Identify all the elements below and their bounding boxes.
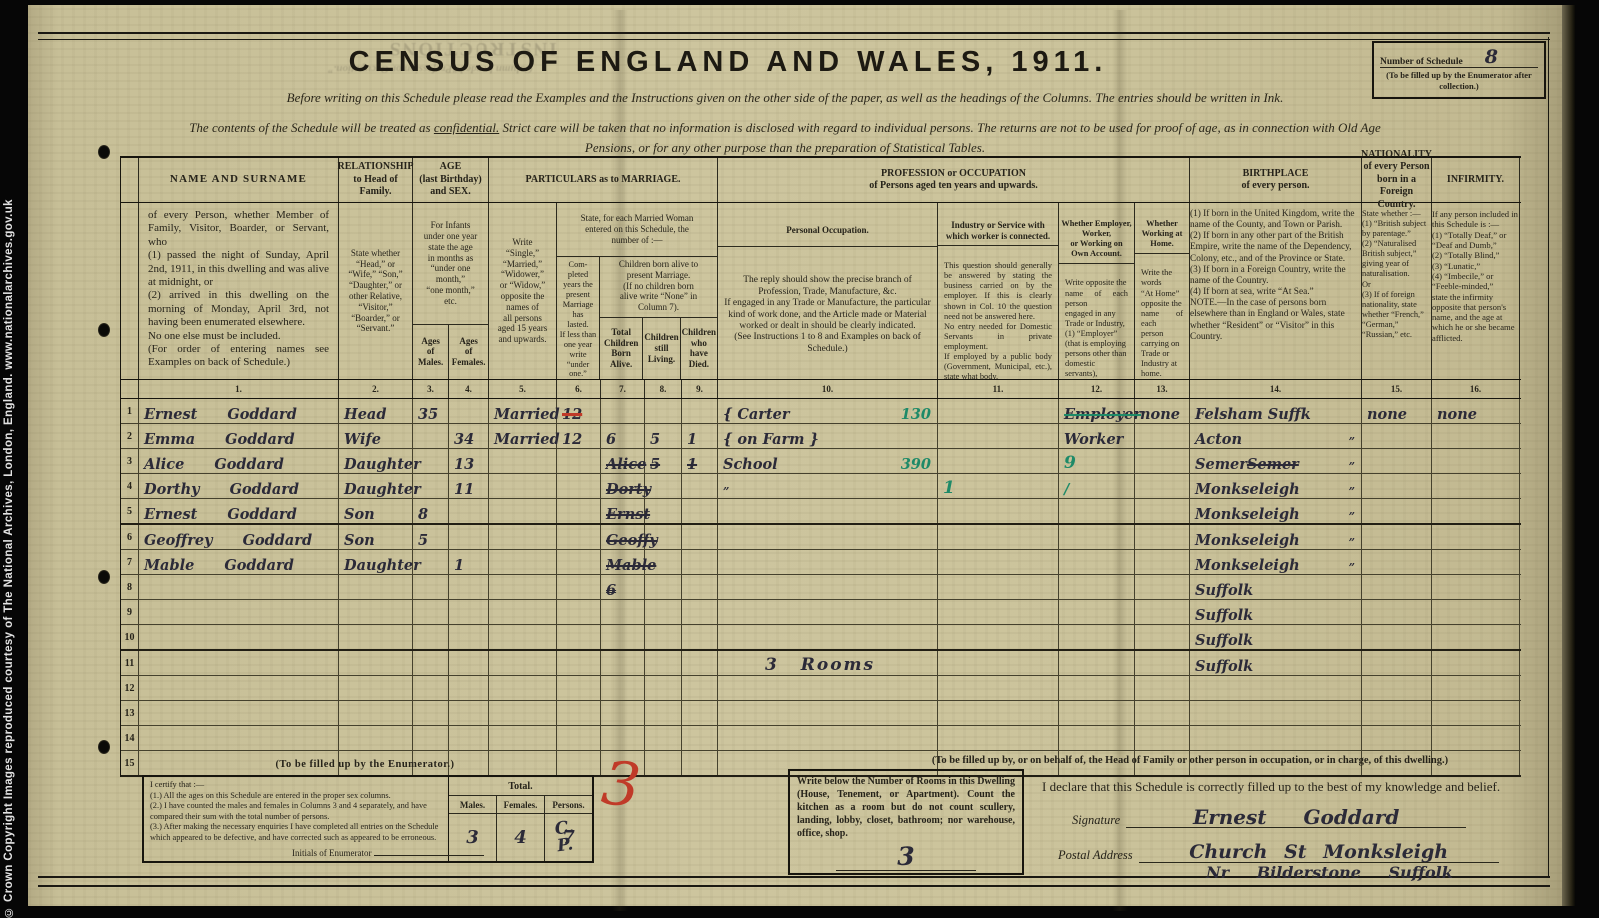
table-cell [938,651,1059,675]
table-cell [1432,600,1520,624]
head-age: AGE (last Birthday) and SEX. [413,158,489,202]
desc-ages-females: Ages of Females. [449,325,488,379]
table-cell [938,424,1059,448]
table-cell [601,625,645,649]
row-number: 6 [121,525,139,549]
table-cell: Dorty [601,474,645,498]
handwritten-entry: Suffolk [1195,634,1253,649]
table-cell: 5 [645,424,682,448]
table-cell [1059,525,1135,549]
table-cell [938,676,1059,700]
desc-name: of every Person, whether Member of Famil… [139,203,339,379]
table-cell [1059,575,1135,599]
desc-nationality: State whether :— (1) “British subject by… [1362,203,1432,379]
table-row: 14 [121,726,1521,751]
handwritten-entry: Semer [1195,458,1247,473]
table-cell [339,651,413,675]
handwritten-entry: 1 [687,458,697,473]
table-cell [139,701,339,725]
rooms-box: Write below the Number of Rooms in this … [788,769,1024,875]
table-cell [1059,625,1135,649]
table-cell: AliceGoddard [139,449,339,473]
table-cell [139,651,339,675]
table-cell [449,676,489,700]
head-profession: PROFESSION or OCCUPATION of Persons aged… [718,158,1190,202]
table-cell [601,726,645,750]
table-cell [557,600,601,624]
table-cell [601,701,645,725]
handwritten-entry: Goddard [225,433,295,448]
head-name: NAME AND SURNAME [139,158,339,202]
table-cell [139,600,339,624]
table-cell [489,575,557,599]
table-cell [449,575,489,599]
table-cell: { on Farm } [718,424,938,448]
table-cell [1059,726,1135,750]
table-cell [938,600,1059,624]
table-cell [601,676,645,700]
table-cell: Son [339,499,413,523]
table-cell [1135,575,1190,599]
column-number: 14. [1190,380,1362,398]
table-cell: 1 [682,449,718,473]
handwritten-entry: 390 [901,458,935,473]
table-cell [1135,474,1190,498]
table-cell [682,399,718,423]
table-cell [557,651,601,675]
copyright-text: © Crown Copyright Images reproduced cour… [3,0,15,918]
table-cell [718,575,938,599]
table-cell [938,399,1059,423]
table-cell: School390 [718,449,938,473]
column-number: 12. [1059,380,1135,398]
handwritten-entry: Goddard [214,458,284,473]
handwritten-entry: Alice [144,458,184,473]
table-cell [1432,651,1520,675]
desc-employer: Whether Employer, Worker, or Working on … [1059,203,1135,379]
table-cell: 6 [601,575,645,599]
table-cell [718,600,938,624]
table-cell: DorthyGoddard [139,474,339,498]
table-cell [557,499,601,523]
table-cell: Wife [339,424,413,448]
table-cell [1362,449,1432,473]
table-cell [1059,600,1135,624]
table-cell [682,600,718,624]
table-cell [557,525,601,549]
table-cell [489,449,557,473]
table-cell [682,499,718,523]
table-cell [449,399,489,423]
table-cell [682,474,718,498]
handwritten-entry: 5 [650,458,660,473]
handwritten-entry: Employer [1064,408,1141,423]
table-cell [489,676,557,700]
desc-at-home: Whether Working at Home. Write the words… [1135,203,1190,379]
table-row: 6GeoffreyGoddardSon5GeoffyMonkseleigh” [121,525,1521,550]
head-marriage: PARTICULARS as to MARRIAGE. [489,158,718,202]
table-cell [1059,651,1135,675]
table-cell: Daughter [339,474,413,498]
column-number: 15. [1362,380,1432,398]
table-cell [1190,701,1362,725]
handwritten-entry: Daughter [344,483,421,498]
table-cell [601,651,645,675]
row-number: 5 [121,499,139,523]
table-cell [489,525,557,549]
table-row: 3AliceGoddardDaughter13Alice51School3909… [121,449,1521,474]
handwritten-entry: 11 [454,483,474,498]
column-numbers: 1.2.3.4.5.6.7.8.9.10.11.12.13.14.15.16. [121,380,1521,399]
handwritten-entry: Acton [1195,433,1242,448]
handwritten-entry: 35 [418,408,438,423]
desc-ages-males: Ages of Males. [413,325,449,379]
handwritten-entry: 1 [943,480,955,497]
handwritten-entry: ” [1349,436,1359,447]
handwritten-entry: Son [344,534,375,549]
table-cell [139,625,339,649]
table-cell: 12 [557,424,601,448]
handwritten-entry: Monkseleigh [1195,534,1300,549]
table-cell [718,525,938,549]
handwritten-entry: Goddard [227,508,297,523]
total-females-value: 4 [497,814,544,861]
table-cell [682,575,718,599]
table-cell [645,474,682,498]
table-cell [449,701,489,725]
table-cell: Suffolk [1190,625,1362,649]
table-cell: ” [718,474,938,498]
table-cell: Worker [1059,424,1135,448]
table-cell [1362,575,1432,599]
table-cell [938,625,1059,649]
handwritten-entry: 130 [901,408,935,423]
table-cell [1432,701,1520,725]
table-cell: Married [489,424,557,448]
table-cell [1362,676,1432,700]
table-cell [938,701,1059,725]
enumerator-initials-value: C. P. [554,817,594,856]
table-row: 13 [121,701,1521,726]
handwritten-entry: Ernst [606,508,650,523]
table-cell [682,525,718,549]
table-cell [1432,449,1520,473]
table-cell [682,676,718,700]
table-cell [1362,651,1432,675]
table-cell [413,651,449,675]
handwritten-entry: Ernest [144,508,197,523]
handwritten-entry: Married [494,408,560,423]
handwritten-entry: 5 [418,534,428,549]
table-body: 1ErnestGoddardHead35Married12{ Carter130… [121,399,1521,777]
table-row: 1ErnestGoddardHead35Married12{ Carter130… [121,399,1521,424]
table-cell [339,600,413,624]
table-cell [1135,525,1190,549]
table-cell [449,499,489,523]
table-cell [489,499,557,523]
table-cell [645,651,682,675]
table-cell [413,550,449,574]
confidential-line: The contents of the Schedule will be tre… [178,118,1392,157]
table-cell [557,701,601,725]
handwritten-entry: Married [494,433,560,448]
desc-total-children: Total Children Born Alive. [600,318,643,379]
table-cell [938,525,1059,549]
table-cell [557,676,601,700]
table-cell: 1 [449,550,489,574]
table-cell [645,499,682,523]
declaration-text: I declare that this Schedule is correctl… [1042,779,1512,795]
table-cell [718,726,938,750]
handwritten-entry: Suffolk [1195,609,1253,624]
table-cell: none [1135,399,1190,423]
table-cell [645,575,682,599]
table-cell: Monkseleigh” [1190,550,1362,574]
table-cell [1135,449,1190,473]
handwritten-entry: ” [1349,511,1359,522]
handwritten-entry: Felsham Suffk [1195,408,1311,423]
table-cell [645,676,682,700]
handwritten-entry: Monkseleigh [1195,508,1300,523]
table-cell: 6 [601,424,645,448]
table-cell [1362,474,1432,498]
row-number: 4 [121,474,139,498]
desc-age: For Infants under one year state the age… [413,203,488,325]
table-cell [489,600,557,624]
table-cell [1059,676,1135,700]
table-cell [413,600,449,624]
table-cell [1362,600,1432,624]
column-number: 7. [601,380,645,398]
table-cell [1432,625,1520,649]
table-cell [557,449,601,473]
handwritten-entry: 12 [562,408,582,423]
handwritten-entry: 6 [606,584,616,599]
right-border-rule [1548,37,1549,877]
table-cell: 35 [413,399,449,423]
handwritten-entry: Alice [606,458,646,473]
handwritten-entry: Daughter [344,458,421,473]
row-number: 13 [121,701,139,725]
table-cell: Acton” [1190,424,1362,448]
desc-children-born: Children born alive to present Marriage.… [600,257,717,318]
table-cell [413,625,449,649]
handwritten-entry: Suffolk [1195,660,1253,675]
table-cell [1432,575,1520,599]
table-cell [1059,550,1135,574]
table-cell [1135,550,1190,574]
table-cell [718,550,938,574]
table-cell: 13 [449,449,489,473]
table-row: 4DorthyGoddardDaughter11Dorty”1/Monksele… [121,474,1521,499]
handwritten-entry: Head [344,408,386,423]
punch-hole [98,323,110,337]
table-cell [718,625,938,649]
handwritten-entry: 3 Rooms [723,657,875,674]
table-cell: Employer [1059,399,1135,423]
table-cell: Daughter [339,550,413,574]
table-row: 113 RoomsSuffolk [121,651,1521,676]
table-cell: 12 [557,399,601,423]
table-cell [1190,676,1362,700]
enumerator-initials-row: Initials of Enumerator [292,848,484,858]
table-cell: none [1432,399,1520,423]
handwritten-entry: Emma [144,433,195,448]
punch-hole [98,570,110,584]
column-number: 5. [489,380,557,398]
head-birthplace: BIRTHPLACE of every person. [1190,158,1362,202]
table-cell [938,575,1059,599]
table-cell [645,625,682,649]
initials-label: Initials of Enumerator [292,848,371,858]
table-cell [718,701,938,725]
census-form-page: INSTRUCTIONS Column headed “Profession o… [28,5,1562,906]
table-cell [1135,499,1190,523]
row-number: 11 [121,651,139,675]
signature-row: Signature Ernest Goddard [1072,807,1466,828]
handwritten-entry: School [723,458,778,473]
schedule-number-note: (To be filled up by the Enumerator after… [1380,70,1538,91]
desc-personal-occupation: Personal Occupation. The reply should sh… [718,203,938,379]
table-cell [139,726,339,750]
table-cell [557,550,601,574]
head-nationality: NATIONALITY of every Person born in a Fo… [1362,158,1432,202]
handwritten-entry: none [1140,408,1180,423]
handwritten-entry: 5 [650,433,660,448]
punch-hole [98,145,110,159]
table-cell [1432,499,1520,523]
census-table: NAME AND SURNAME RELATIONSHIP to Head of… [120,156,1521,777]
column-number: 4. [449,380,489,398]
handwritten-entry: Goddard [243,534,313,549]
table-cell: Monkseleigh” [1190,474,1362,498]
table-cell [1362,499,1432,523]
table-cell: Son [339,525,413,549]
handwritten-entry: ” [1349,461,1359,472]
handwritten-entry: 1 [687,433,697,448]
table-cell: Monkseleigh” [1190,499,1362,523]
table-cell [682,726,718,750]
table-cell [718,499,938,523]
table-cell [489,474,557,498]
handwritten-entry: Wife [344,433,381,448]
table-cell [1135,651,1190,675]
handwritten-entry: Monkseleigh [1195,559,1300,574]
table-cell [1362,726,1432,750]
table-cell [489,701,557,725]
table-row: 7MableGoddardDaughter1MableMonkseleigh” [121,550,1521,575]
table-cell [413,726,449,750]
table-cell [449,600,489,624]
row-number: 1 [121,399,139,423]
table-cell: Monkseleigh” [1190,525,1362,549]
table-cell [1432,550,1520,574]
handwritten-entry: 9 [1064,455,1076,472]
schedule-number-value: 8 [1485,48,1498,67]
table-cell [682,651,718,675]
initials-line [374,855,484,856]
table-cell: 5 [645,449,682,473]
handwritten-entry: 13 [454,458,474,473]
handwritten-entry: Ernest [144,408,197,423]
column-number: 11. [938,380,1059,398]
column-number: 6. [557,380,601,398]
table-cell [1432,726,1520,750]
table-cell [413,424,449,448]
table-row: 9Suffolk [121,600,1521,625]
postal-address-label: Postal Address [1058,848,1139,863]
table-cell [489,726,557,750]
table-cell: Ernst [601,499,645,523]
handwritten-entry: Geoffrey [144,534,213,549]
table-cell [449,525,489,549]
table-cell: ErnestGoddard [139,499,339,523]
table-cell [1432,676,1520,700]
handwritten-entry: Worker [1064,433,1123,448]
table-cell [339,726,413,750]
table-cell [645,701,682,725]
column-number: 8. [645,380,682,398]
table-row: 10Suffolk [121,625,1521,651]
handwritten-entry: Suffolk [1195,584,1253,599]
table-cell: GeoffreyGoddard [139,525,339,549]
table-cell: Mable [601,550,645,574]
table-cell: MableGoddard [139,550,339,574]
table-cell: 9 [1059,449,1135,473]
row-number: 7 [121,550,139,574]
table-cell [489,651,557,675]
table-cell [645,525,682,549]
table-cell [413,449,449,473]
head-relationship: RELATIONSHIP to Head of Family. [339,158,413,202]
table-cell: 1 [682,424,718,448]
handwritten-entry: Daughter [344,559,421,574]
handwritten-entry: { Carter [723,408,790,423]
table-cell [1362,625,1432,649]
rooms-instruction: Write below the Number of Rooms in this … [797,775,1015,840]
row-number: 12 [121,676,139,700]
table-cell [601,600,645,624]
table-cell [1135,676,1190,700]
table-cell [557,474,601,498]
desc-infirmity: If any person included in this Schedule … [1432,203,1520,379]
table-cell [938,499,1059,523]
table-cell: Head [339,399,413,423]
row-number: 3 [121,449,139,473]
table-cell [449,625,489,649]
table-cell [339,676,413,700]
table-cell: SemerSemer” [1190,449,1362,473]
table-cell [1362,701,1432,725]
table-main-headings: NAME AND SURNAME RELATIONSHIP to Head of… [121,156,1521,203]
row-number: 8 [121,575,139,599]
table-cell [1135,701,1190,725]
table-column-descriptions: of every Person, whether Member of Famil… [121,203,1521,380]
desc-marriage-write: Write “Single,” “Married,” “Widower,” or… [489,203,557,379]
desc-age-group: For Infants under one year state the age… [413,203,489,379]
table-cell [413,575,449,599]
table-cell [938,550,1059,574]
handwritten-entry: ” [723,486,729,497]
handwritten-entry: / [1064,483,1069,498]
desc-children-living: Children still Living. [643,318,680,379]
table-cell: 8 [413,499,449,523]
table-cell [1059,499,1135,523]
column-number: 13. [1135,380,1190,398]
table-cell: ErnestGoddard [139,399,339,423]
table-cell [339,575,413,599]
signature-value: Ernest Goddard [1126,807,1466,828]
